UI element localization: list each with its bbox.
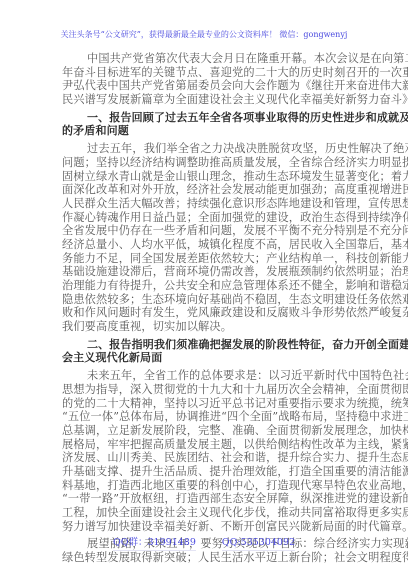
text-line: 务能力不足，同全国发展差距依然较大；产业结构单一，科技创新能力不强， [62,252,354,266]
text-line: 展格局，牢牢把握高质量发展主题，以供给侧结构性改革为主线，紧紧围绕经 [62,438,354,452]
text-line: “五位一体”总体布局，协调推进“四个全面”战略布局，坚持稳中求进工作 [62,410,354,424]
text-line: 民兴谱写发展新篇章为全面建设社会主义现代化幸福美好新努力奋斗》的报告。 [62,93,354,107]
section-2-heading: 二、报告指明我们须准确把握发展的阶段性特征，奋力开创全面建设社 会主义现代化新局… [62,338,354,365]
qq-number-text: QQ:535304092 [222,537,295,551]
contact-footer: QQ群：31991489QQ:535304092 [0,534,408,551]
text-line: 努力谱写加快建设幸福美好新、不断开创富民兴陇新局面的时代篇章。 [62,520,354,534]
text-line: 绿色转型发展取得新突破；人民生活水平迈上新台阶；社会文明程度得到新提 [62,551,354,565]
heading-line: 二、报告指明我们须准确把握发展的阶段性特征，奋力开创全面建设社 [62,338,354,352]
text-line: 基础设施建设滞后，营商环境仍需改善，发展瓶颈制约依然明显；治理体系和 [62,265,354,279]
text-line: 料基地，打造西北地区重要的科创中心，打造现代寒旱特色农业高地，打造 [62,479,354,493]
intro-paragraph: 中国共产党省第次代表大会月日在隆重开幕。本次会议是在向第二个百 年奋斗目标进军的… [62,52,354,107]
text-line: 年奋斗目标进军的关键节点、喜迎党的二十大的历史时刻召开的一次重要会议。 [62,66,354,80]
text-line: 固树立绿水青山就是金山银山理念，推动生态环境发生显著变化；着力推进全 [62,170,354,184]
text-line: 问题；坚持以经济结构调整助推高质量发展，全省综合经济实力明显提升；牢 [62,156,354,170]
text-line: 的党的二十大精神，坚持以习近平总书记对重要指示要求为统揽，统筹推进 [62,397,354,411]
heading-line: 会主义现代化新局面 [62,351,354,365]
text-line: 中国共产党省第次代表大会月日在隆重开幕。本次会议是在向第二个百 [62,52,354,66]
section-1-heading: 一、报告回顾了过去五年全省各项事业取得的历史性进步和成就及存在 的矛盾和问题 [62,111,354,138]
text-line: 济发展、山川秀美、民族团结、社会和谐，提升综合实力、提升生态质量、提 [62,451,354,465]
qq-group-text: QQ群：31991489 [113,534,196,551]
document-page: 中国共产党省第次代表大会月日在隆重开幕。本次会议是在向第二个百 年奋斗目标进军的… [62,52,354,565]
section-2-body: 未来五年，全省工作的总体要求是：以习近平新时代中国特色社会主义 思想为指导，深入… [62,369,354,533]
text-line: 败和作风问题时有发生，党风廉政建设和反腐败斗争形势依然严峻复杂。对此， [62,306,354,320]
heading-line: 的矛盾和问题 [62,124,354,138]
text-line: 过去五年，我们举全省之力决战决胜脱贫攻坚，历史性解决了绝对贫困 [62,142,354,156]
text-line: 隐患依然较多；生态环境向好基础尚不稳固，生态文明建设任务依然艰巨；腐 [62,293,354,307]
text-line: 经济总量小、人均水平低，城镇化程度不高，居民收入全国靠后，基本公共服 [62,238,354,252]
text-line: 全省发展中仍存在一些矛盾和问题，发展不平衡不充分特别是不充分问题突出， [62,224,354,238]
text-line: 人民群众生活大幅改善；持续强化意识形态阵地建设和管理，宣传思想文化工 [62,197,354,211]
section-1-body: 过去五年，我们举全省之力决战决胜脱贫攻坚，历史性解决了绝对贫困 问题；坚持以经济… [62,142,354,334]
promo-banner: 关注头条号“公文研究”，获得最新最全最专业的公文资料库！ 微信：gongweny… [0,30,408,40]
text-line: 升基础支撑、提升生活品质、提升治理效能，打造全国重要的清洁能源及新材 [62,465,354,479]
text-line: 我们要高度重视，切实加以解决。 [62,320,354,334]
text-line: 作凝心铸魂作用日益凸显；全面加强党的建设，政治生态得到持续净化。同时， [62,211,354,225]
text-line: 未来五年，全省工作的总体要求是：以习近平新时代中国特色社会主义 [62,369,354,383]
text-line: “一带一路”开放枢纽，打造西部生态安全屏障，纵深推进党的建设新的伟大 [62,492,354,506]
text-line: 面深化改革和对外开放，经济社会发展动能更加强劲；高度重视增进民生福祉， [62,183,354,197]
text-line: 工程，加快全面建设社会主义现代化步伐，推动共同富裕取得更多实质性进展， [62,506,354,520]
text-line: 尹弘代表中国共产党省第届委员会向大会作题为《继往开来奋进伟大新时代富 [62,79,354,93]
text-line: 总基调，立足新发展阶段，完整、准确、全面贯彻新发展理念，加快构建新发 [62,424,354,438]
text-line: 思想为指导，深入贯彻党的十九大和十九届历次全会精神，全面贯彻即将召开 [62,383,354,397]
heading-line: 一、报告回顾了过去五年全省各项事业取得的历史性进步和成就及存在 [62,111,354,125]
spacer [196,543,222,545]
text-line: 治理能力有待提升，公共安全和应急管理体系还不健全，影响和谐稳定的风险 [62,279,354,293]
